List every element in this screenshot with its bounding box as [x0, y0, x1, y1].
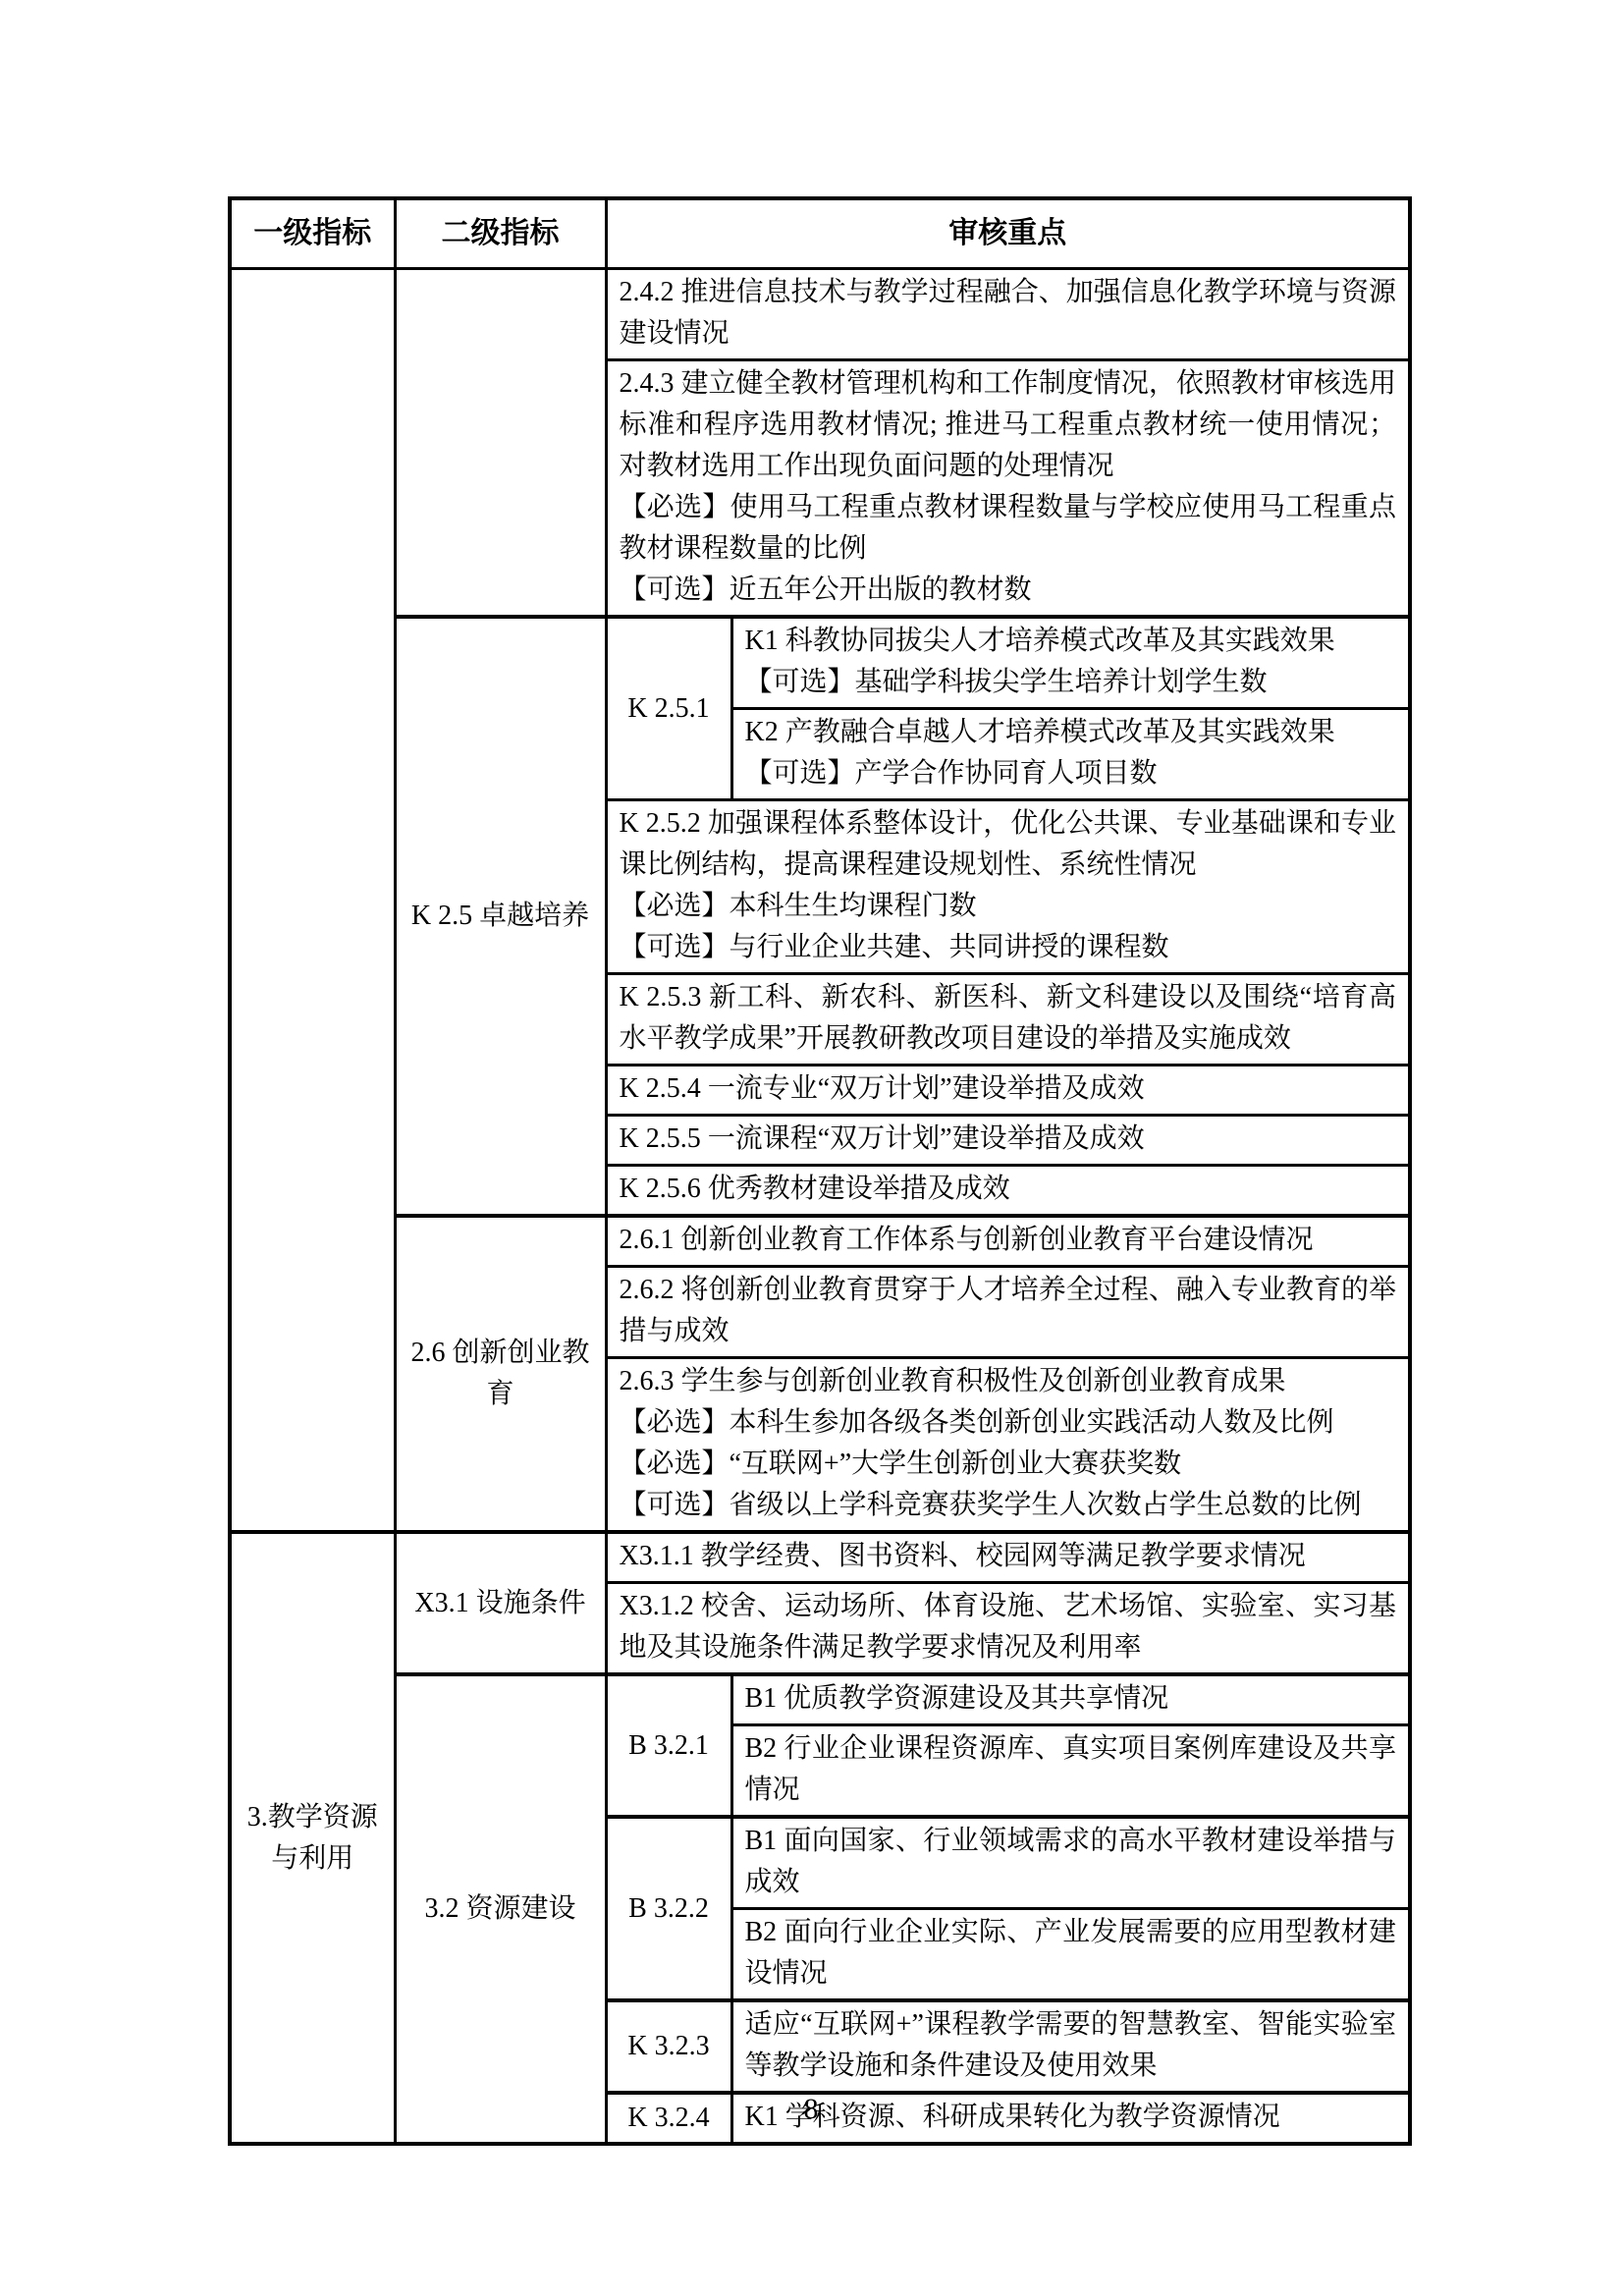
- sublabel-b3-2-2: B 3.2.2: [606, 1817, 731, 2000]
- review-cell-b3-2-2-b2: B2 面向行业企业实际、产业发展需要的应用型教材建设情况: [731, 1909, 1410, 2001]
- review-text: 适应“互联网+”课程教学需要的智慧教室、智能实验室等教学设施和条件建设及使用效果: [745, 2004, 1397, 2087]
- review-cell-b3-2-1-b1: B1 优质教学资源建设及其共享情况: [731, 1674, 1410, 1725]
- review-cell-2-6-1: 2.6.1 创新创业教育工作体系与创新创业教育平台建设情况: [606, 1216, 1410, 1267]
- row-x3-1-1: 3.教学资源与利用 X3.1 设施条件 X3.1.1 教学经费、图书资料、校园网…: [230, 1532, 1410, 1583]
- level1-empty-cell: [230, 269, 395, 1533]
- review-text: K2 产教融合卓越人才培养模式改革及其实践效果: [745, 712, 1397, 753]
- review-text: K 2.5.6 优秀教材建设举措及成效: [620, 1169, 1397, 1210]
- table-header-row: 一级指标 二级指标 审核重点: [230, 198, 1410, 269]
- review-cell-b3-2-2-b1: B1 面向国家、行业领域需求的高水平教材建设举措与成效: [731, 1817, 1410, 1909]
- review-text: 2.6.3 学生参与创新创业教育积极性及创新创业教育成果: [620, 1361, 1397, 1402]
- level1-cell-group3: 3.教学资源与利用: [230, 1532, 395, 2144]
- optional-item: 【可选】省级以上学科竞赛获奖学生人次数占学生总数的比例: [620, 1485, 1397, 1526]
- review-text: K 2.5.5 一流课程“双万计划”建设举措及成效: [620, 1119, 1397, 1160]
- review-text: K 2.5.2 加强课程体系整体设计，优化公共课、专业基础课和专业课比例结构，提…: [620, 803, 1397, 886]
- review-text: 2.4.2 推进信息技术与教学过程融合、加强信息化教学环境与资源建设情况: [620, 272, 1397, 355]
- review-cell-k2-5-6: K 2.5.6 优秀教材建设举措及成效: [606, 1166, 1410, 1217]
- review-text: B2 行业企业课程资源库、真实项目案例库建设及共享情况: [745, 1728, 1397, 1811]
- row-b3-2-1-b1: 3.2 资源建设 B 3.2.1 B1 优质教学资源建设及其共享情况: [230, 1674, 1410, 1725]
- review-text: B1 优质教学资源建设及其共享情况: [745, 1678, 1397, 1720]
- sublabel-k3-2-3: K 3.2.3: [606, 2000, 731, 2093]
- row-k2-5-1-k1: K 2.5 卓越培养 K 2.5.1 K1 科教协同拔尖人才培养模式改革及其实践…: [230, 617, 1410, 709]
- review-text: K 2.5.3 新工科、新农科、新医科、新文科建设以及围绕“培育高水平教学成果”…: [620, 977, 1397, 1060]
- required-item: 【必选】本科生生均课程门数: [620, 886, 1397, 927]
- level2-cell-32: 3.2 资源建设: [395, 1674, 606, 2144]
- required-item: 【必选】本科生参加各级各类创新创业实践活动人数及比例: [620, 1402, 1397, 1444]
- review-text: X3.1.2 校舍、运动场所、体育设施、艺术场馆、实验室、实习基地及其设施条件满…: [620, 1586, 1397, 1668]
- sublabel-b3-2-1: B 3.2.1: [606, 1674, 731, 1817]
- header-level1: 一级指标: [230, 198, 395, 269]
- level2-empty-cell: [395, 269, 606, 618]
- review-text: B1 面向国家、行业领域需求的高水平教材建设举措与成效: [745, 1821, 1397, 1903]
- review-cell-x3-1-1: X3.1.1 教学经费、图书资料、校园网等满足教学要求情况: [606, 1532, 1410, 1583]
- indicator-table: 一级指标 二级指标 审核重点 2.4.2 推进信息技术与教学过程融合、加强信息化…: [228, 196, 1412, 2146]
- level2-cell-26: 2.6 创新创业教育: [395, 1216, 606, 1532]
- review-text: 2.4.3 建立健全教材管理机构和工作制度情况，依照教材审核选用标准和程序选用教…: [620, 363, 1397, 487]
- review-cell-k3-2-3: 适应“互联网+”课程教学需要的智慧教室、智能实验室等教学设施和条件建设及使用效果: [731, 2000, 1410, 2093]
- optional-item: 【可选】近五年公开出版的教材数: [620, 570, 1397, 611]
- review-cell-b3-2-1-b2: B2 行业企业课程资源库、真实项目案例库建设及共享情况: [731, 1725, 1410, 1818]
- optional-item: 【可选】产学合作协同育人项目数: [745, 753, 1397, 794]
- review-cell-k2-5-3: K 2.5.3 新工科、新农科、新医科、新文科建设以及围绕“培育高水平教学成果”…: [606, 974, 1410, 1066]
- review-cell-k2-5-1-k1: K1 科教协同拔尖人才培养模式改革及其实践效果 【可选】基础学科拔尖学生培养计划…: [731, 617, 1410, 709]
- review-cell-k2-5-1-k2: K2 产教融合卓越人才培养模式改革及其实践效果 【可选】产学合作协同育人项目数: [731, 709, 1410, 800]
- sublabel-k2-5-1: K 2.5.1: [606, 617, 731, 800]
- review-text: K 2.5.4 一流专业“双万计划”建设举措及成效: [620, 1068, 1397, 1110]
- optional-item: 【可选】基础学科拔尖学生培养计划学生数: [745, 662, 1397, 703]
- header-review: 审核重点: [606, 198, 1410, 269]
- review-text: K1 科教协同拔尖人才培养模式改革及其实践效果: [745, 621, 1397, 662]
- review-cell-k2-5-4: K 2.5.4 一流专业“双万计划”建设举措及成效: [606, 1066, 1410, 1116]
- review-cell-x3-1-2: X3.1.2 校舍、运动场所、体育设施、艺术场馆、实验室、实习基地及其设施条件满…: [606, 1583, 1410, 1675]
- review-text: B2 面向行业企业实际、产业发展需要的应用型教材建设情况: [745, 1912, 1397, 1995]
- page-number: 8: [0, 2090, 1622, 2129]
- review-text: 2.6.2 将创新创业教育贯穿于人才培养全过程、融入专业教育的举措与成效: [620, 1270, 1397, 1352]
- review-cell-k2-5-5: K 2.5.5 一流课程“双万计划”建设举措及成效: [606, 1116, 1410, 1166]
- review-cell-2-6-3: 2.6.3 学生参与创新创业教育积极性及创新创业教育成果 【必选】本科生参加各级…: [606, 1358, 1410, 1533]
- required-item: 【必选】“互联网+”大学生创新创业大赛获奖数: [620, 1444, 1397, 1485]
- review-cell-k2-5-2: K 2.5.2 加强课程体系整体设计，优化公共课、专业基础课和专业课比例结构，提…: [606, 800, 1410, 974]
- review-cell-2-4-3: 2.4.3 建立健全教材管理机构和工作制度情况，依照教材审核选用标准和程序选用教…: [606, 360, 1410, 618]
- review-cell-2-4-2: 2.4.2 推进信息技术与教学过程融合、加强信息化教学环境与资源建设情况: [606, 269, 1410, 360]
- header-level2: 二级指标: [395, 198, 606, 269]
- document-page: { "page_number": "8", "table": { "header…: [0, 0, 1622, 2296]
- review-text: X3.1.1 教学经费、图书资料、校园网等满足教学要求情况: [620, 1536, 1397, 1577]
- level2-cell-k25: K 2.5 卓越培养: [395, 617, 606, 1216]
- review-cell-2-6-2: 2.6.2 将创新创业教育贯穿于人才培养全过程、融入专业教育的举措与成效: [606, 1267, 1410, 1358]
- required-item: 【必选】使用马工程重点教材课程数量与学校应使用马工程重点教材课程数量的比例: [620, 487, 1397, 570]
- review-text: 2.6.1 创新创业教育工作体系与创新创业教育平台建设情况: [620, 1220, 1397, 1261]
- optional-item: 【可选】与行业企业共建、共同讲授的课程数: [620, 927, 1397, 968]
- level2-cell-x31: X3.1 设施条件: [395, 1532, 606, 1674]
- row-2-6-1: 2.6 创新创业教育 2.6.1 创新创业教育工作体系与创新创业教育平台建设情况: [230, 1216, 1410, 1267]
- row-2-4-2: 2.4.2 推进信息技术与教学过程融合、加强信息化教学环境与资源建设情况: [230, 269, 1410, 360]
